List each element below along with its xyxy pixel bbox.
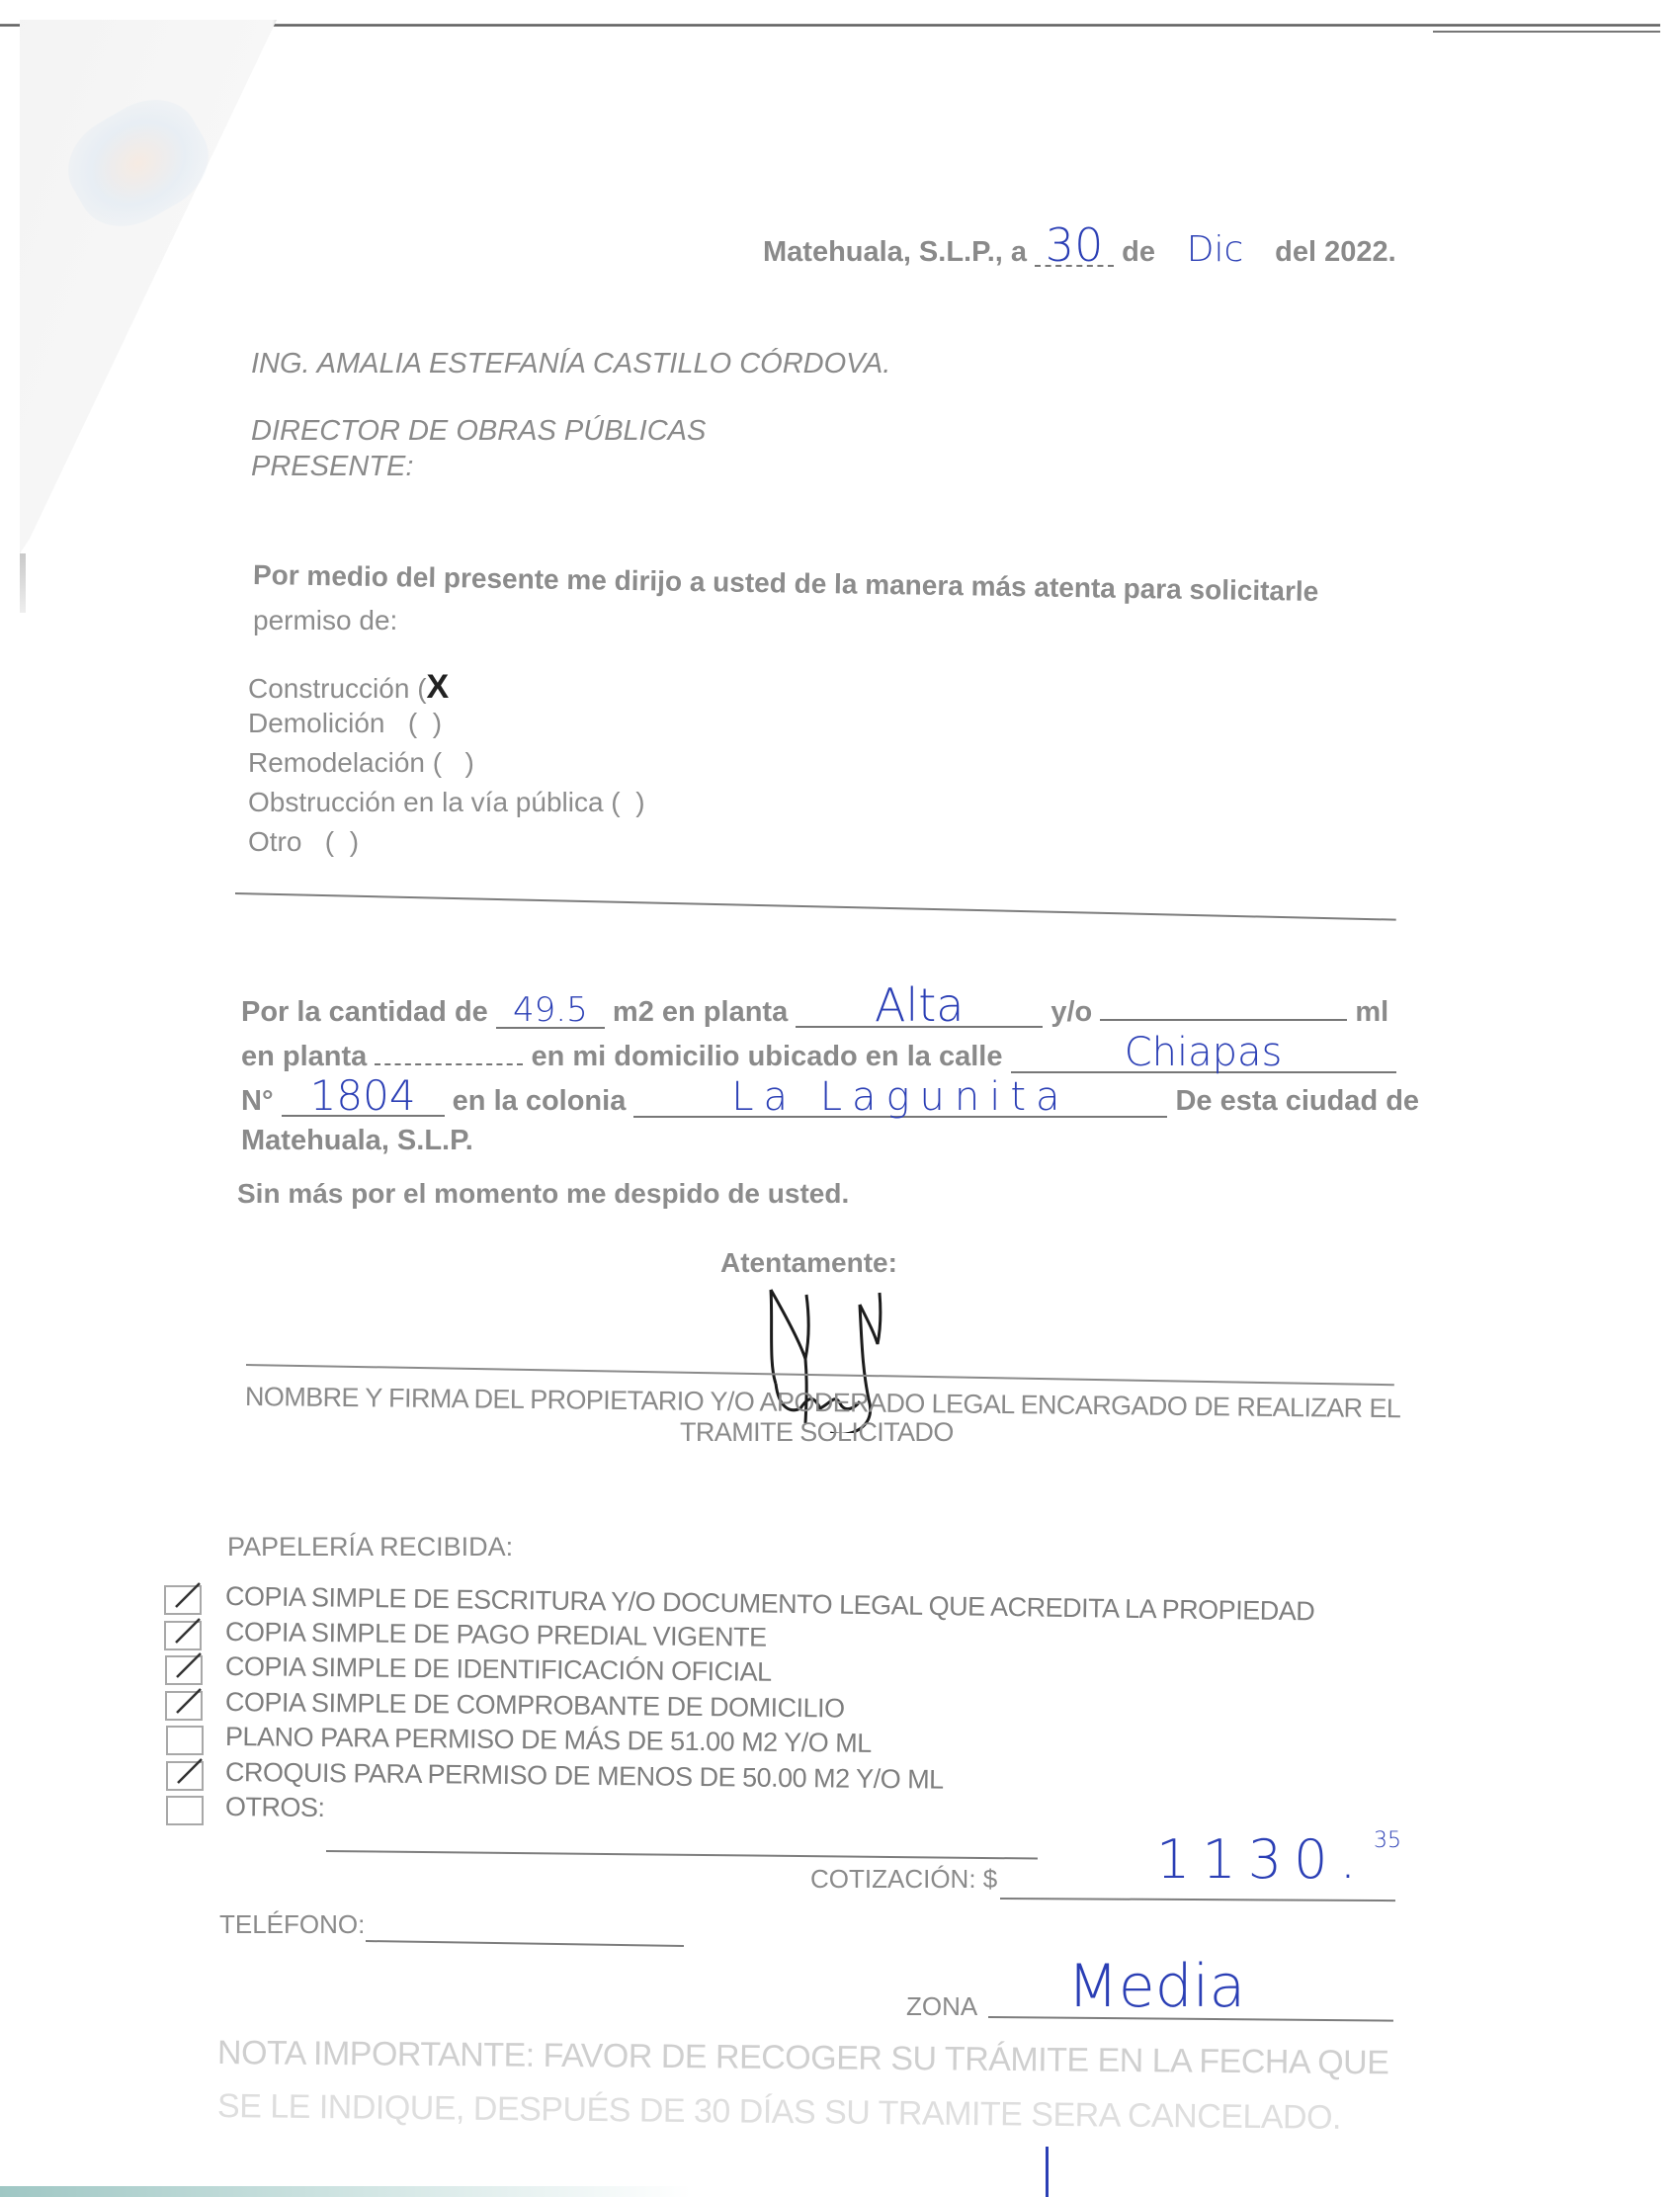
date-de: de (1122, 236, 1155, 268)
address-prefix: en mi domicilio ubicado en la calle (531, 1041, 1002, 1072)
permit-remodelacion[interactable]: Remodelación ( ) (248, 747, 474, 779)
colonia-value[interactable]: La Lagunita (633, 1078, 1167, 1118)
paperwork-checkbox[interactable] (164, 1621, 202, 1650)
scan-left-edge (20, 553, 26, 613)
second-floor-field[interactable] (375, 1040, 523, 1065)
number-value[interactable]: 1804 (282, 1077, 445, 1117)
atentamente: Atentamente: (720, 1247, 897, 1279)
number-label: N° (241, 1085, 274, 1117)
note-line-1: NOTA IMPORTANTE: FAVOR DE RECOGER SU TRÁ… (217, 2034, 1389, 2082)
qty-line: Por la cantidad de 49.5 m2 en planta Alt… (241, 984, 1388, 1029)
ink-mark (1046, 2147, 1049, 2197)
number-line: N° 1804 en la colonia La Lagunita De est… (241, 1077, 1419, 1118)
telefono-field[interactable] (366, 1940, 684, 1947)
paperwork-checkbox[interactable] (166, 1761, 204, 1791)
check-mark-icon (173, 1649, 203, 1683)
date-month[interactable]: Dic (1163, 229, 1267, 270)
permit-label: Obstrucción en la vía pública (248, 787, 604, 817)
city-suffix: De esta ciudad de (1175, 1085, 1419, 1117)
qty-prefix: Por la cantidad de (241, 996, 488, 1028)
paperwork-checkbox[interactable] (164, 1585, 202, 1615)
recipient-position: DIRECTOR DE OBRAS PÚBLICAS (251, 415, 706, 448)
zona-value[interactable]: Media (1067, 1952, 1245, 2021)
paperwork-label: OTROS: (225, 1792, 325, 1823)
paperwork-title: PAPELERÍA RECIBIDA: (227, 1532, 513, 1563)
paperwork-checkbox[interactable] (165, 1655, 203, 1685)
permit-check-mark: X (427, 668, 450, 706)
permit-obstruccion[interactable]: Obstrucción en la vía pública ( ) (248, 787, 645, 818)
recipient-greeting: PRESENTE: (251, 451, 413, 483)
paperwork-checkbox[interactable] (165, 1691, 203, 1721)
permit-other-line (235, 892, 1396, 921)
date-year: del 2022. (1275, 236, 1396, 268)
address-line: en planta en mi domicilio ubicado en la … (241, 1034, 1396, 1073)
check-mark-icon (173, 1685, 203, 1719)
note-line-2: SE LE INDIQUE, DESPUÉS DE 30 DÍAS SU TRA… (217, 2087, 1341, 2138)
zona-label: ZONA (906, 1991, 977, 2022)
paperwork-checkbox[interactable] (166, 1726, 204, 1755)
paperwork-label: CROQUIS PARA PERMISO DE MENOS DE 50.00 M… (225, 1757, 944, 1796)
paperwork-label: COPIA SIMPLE DE COMPROBANTE DE DOMICILIO (225, 1687, 845, 1725)
note-label: NOTA IMPORTANTE: (217, 2034, 535, 2074)
permit-label: Remodelación (248, 747, 425, 778)
recipient-name: ING. AMALIA ESTEFANÍA CASTILLO CÓRDOVA. (251, 348, 890, 380)
yo-label: y/o (1050, 996, 1092, 1028)
paperwork-label: PLANO PARA PERMISO DE MÁS DE 51.00 M2 Y/… (225, 1722, 872, 1759)
telefono-label: TELÉFONO: (219, 1909, 365, 1940)
scan-bottom-edge (0, 2186, 692, 2197)
check-mark-icon (174, 1755, 204, 1789)
scan-top-edge-secondary (1433, 31, 1660, 33)
permit-otro[interactable]: Otro ( ) (248, 826, 359, 858)
paperwork-label: COPIA SIMPLE DE PAGO PREDIAL VIGENTE (225, 1617, 767, 1653)
intro-line-1: Por medio del presente me dirijo a usted… (253, 559, 1319, 608)
date-day[interactable]: 30 (1035, 225, 1114, 267)
farewell: Sin más por el momento me despido de ust… (237, 1178, 849, 1210)
ml-field[interactable] (1100, 993, 1347, 1021)
check-mark-icon (172, 1579, 202, 1613)
intro-line-2: permiso de: (253, 605, 397, 636)
floor-value[interactable]: Alta (796, 984, 1043, 1028)
permit-label: Demolición (248, 708, 385, 738)
date-line: Matehuala, S.L.P., a 30 de Dic del 2022. (763, 225, 1396, 270)
otros-line (326, 1850, 1038, 1860)
street-value[interactable]: Chiapas (1011, 1034, 1396, 1073)
check-mark-icon (172, 1615, 202, 1648)
signature-caption-2: TRAMITE SOLICITADO (680, 1417, 954, 1448)
cotizacion-cents: 35 (1374, 1828, 1401, 1853)
permit-label: Otro (248, 826, 301, 857)
cotizacion-label: COTIZACIÓN: $ (810, 1864, 997, 1895)
qty-value[interactable]: 49.5 (496, 993, 605, 1029)
note-text-1: FAVOR DE RECOGER SU TRÁMITE EN LA FECHA … (543, 2037, 1388, 2081)
qty-unit: m2 en planta (613, 996, 788, 1028)
cotizacion-line (1000, 1898, 1395, 1901)
date-prefix: Matehuala, S.L.P., a (763, 236, 1027, 268)
ml-label: ml (1355, 996, 1388, 1028)
paperwork-label: COPIA SIMPLE DE IDENTIFICACIÓN OFICIAL (225, 1651, 772, 1688)
permit-demolicion[interactable]: Demolición ( ) (248, 708, 442, 739)
second-floor-label: en planta (241, 1041, 367, 1072)
colonia-label: en la colonia (453, 1085, 627, 1117)
paperwork-checkbox[interactable] (166, 1796, 204, 1825)
cotizacion-value[interactable]: 1130. (1156, 1828, 1369, 1891)
permit-construccion[interactable]: Construcción (X (248, 668, 449, 707)
folded-corner (0, 0, 277, 553)
permit-label: Construcción (248, 673, 409, 704)
city-line: Matehuala, S.L.P. (241, 1125, 473, 1157)
